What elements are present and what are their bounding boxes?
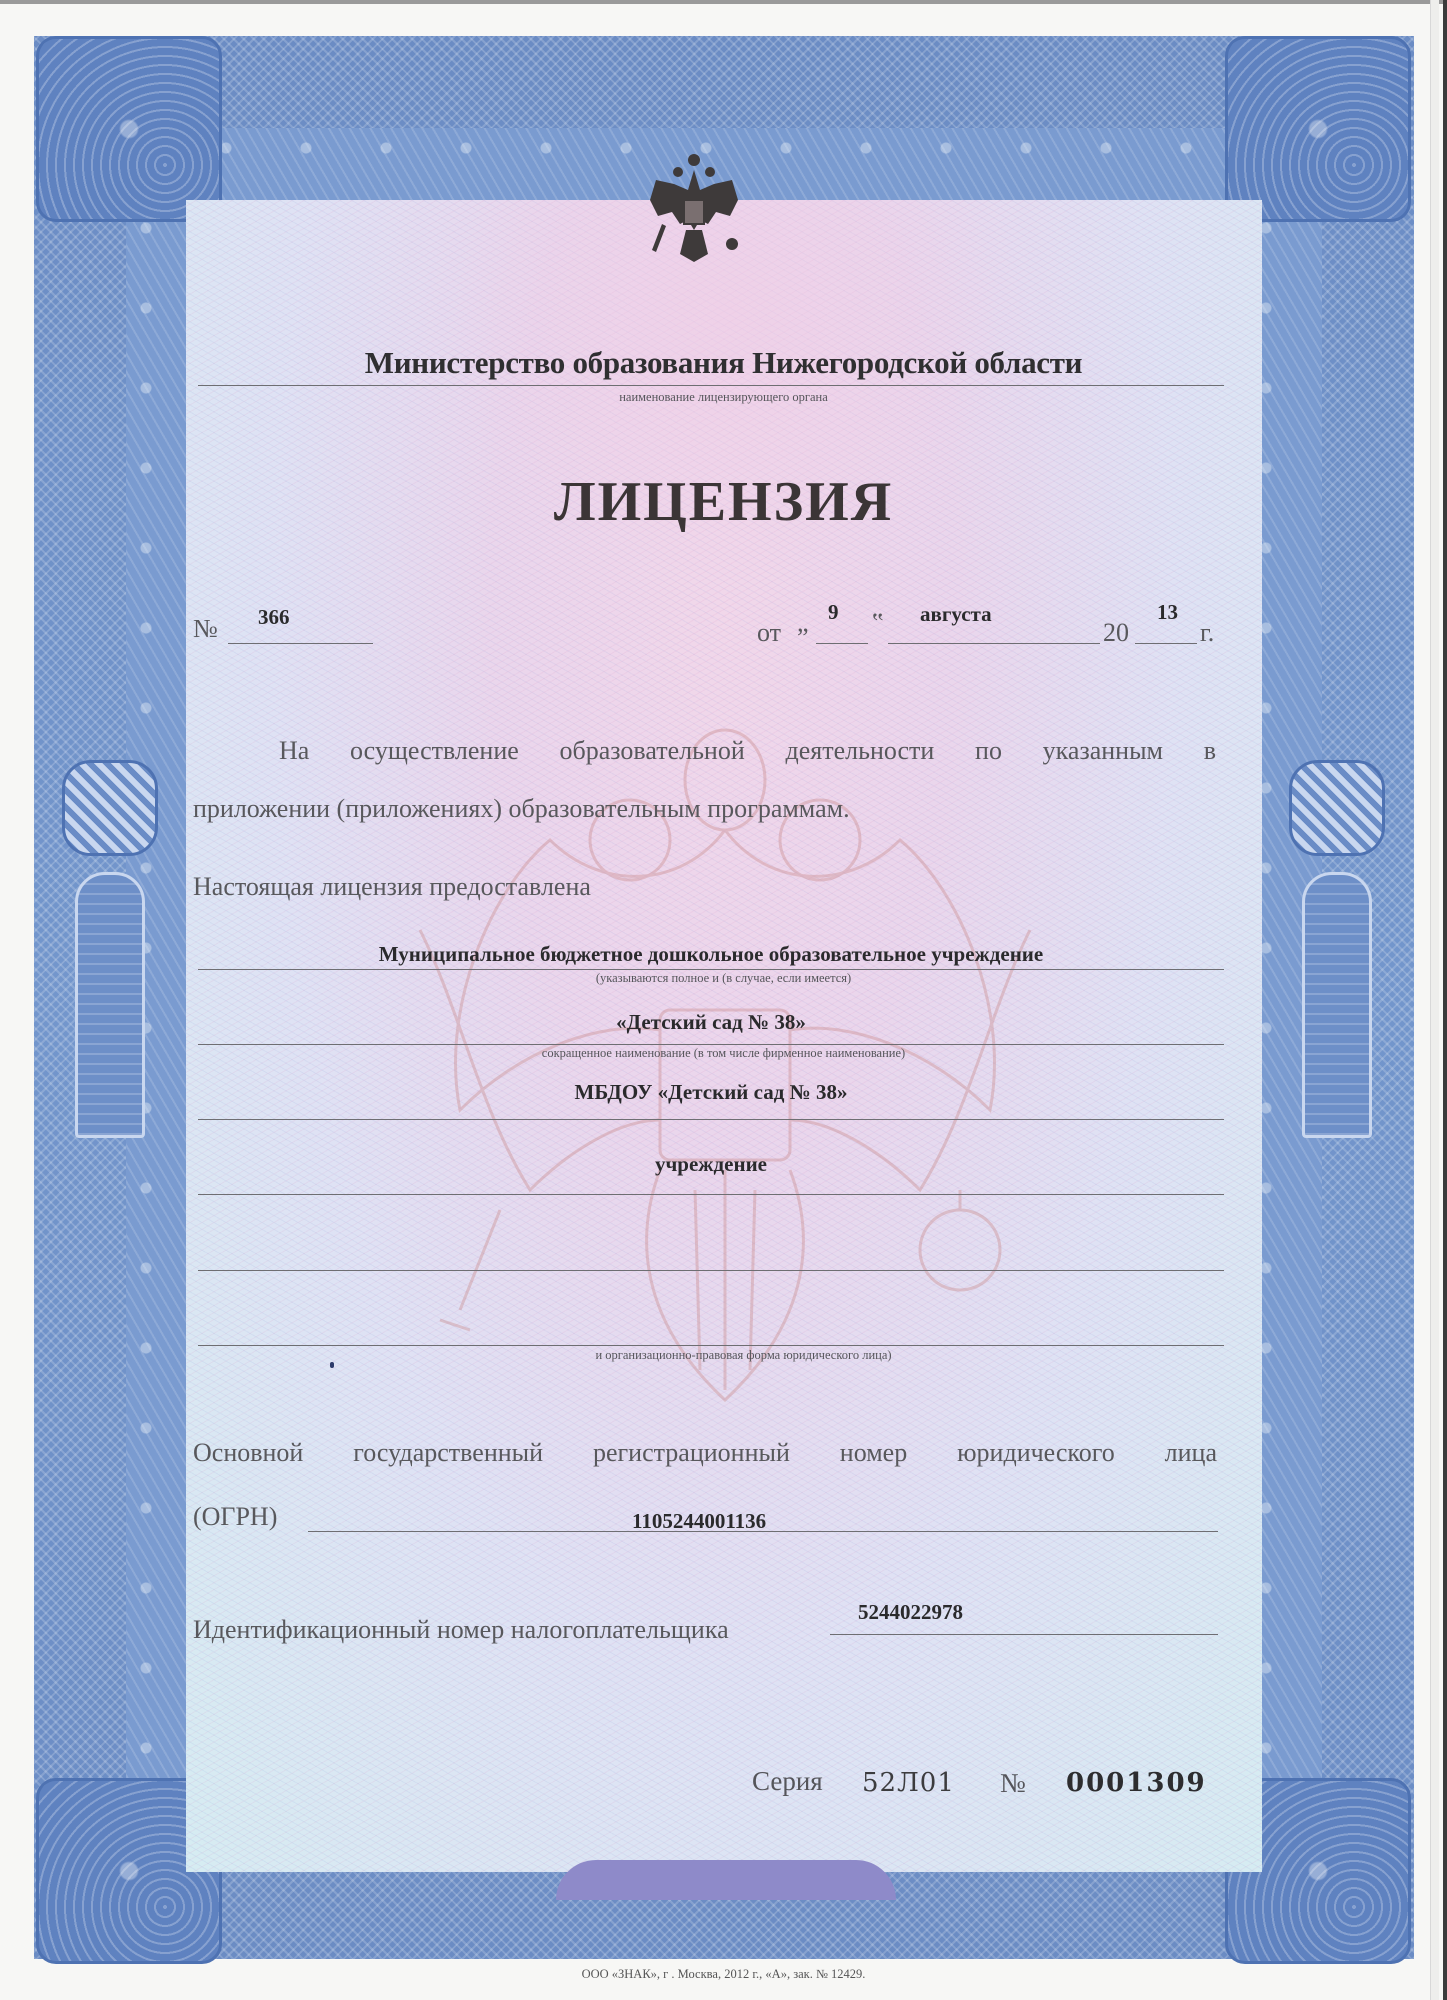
issuer-underline [198, 385, 1224, 386]
purpose-line-2: приложении (приложениях) образовательным… [193, 794, 850, 824]
document-title: ЛИЦЕНЗИЯ [300, 470, 1147, 534]
issuing-authority: Министерство образования Нижегородской о… [250, 345, 1197, 381]
date-prefix: от [757, 618, 781, 648]
month-underline [888, 643, 1100, 644]
ogrn-label: Основной государственный регистрационный… [193, 1438, 1217, 1468]
date-day: 9 [828, 600, 839, 625]
year-suffix: 13 [1157, 600, 1178, 625]
licensee-full-name: Муниципальное бюджетное дошкольное образ… [198, 942, 1224, 967]
number-label: № [193, 614, 218, 644]
series-label: Серия [752, 1766, 823, 1797]
name-cont-underline [198, 1044, 1224, 1045]
blank-number-value: 0001309 [1066, 1768, 1207, 1798]
day-underline [816, 643, 868, 644]
year-unit: г. [1200, 618, 1214, 648]
inn-underline [830, 1634, 1218, 1635]
printer-imprint: ООО «ЗНАК», г . Москва, 2012 г., «А», за… [400, 1967, 1047, 1982]
short-name-caption: сокращенное наименование (в том числе фи… [380, 1046, 1067, 1061]
blank-line [198, 1270, 1224, 1271]
date-quote-open: „ [797, 608, 809, 638]
ogrn-label-abbr: (ОГРН) [193, 1502, 277, 1532]
ogrn-value: 1105244001136 [632, 1509, 766, 1534]
russian-coat-of-arms-icon [644, 150, 744, 270]
inn-value: 5244022978 [858, 1600, 963, 1625]
legal-form-caption: и организационно-правовая форма юридичес… [420, 1348, 1067, 1363]
date-quote-close: ‟ [872, 608, 884, 638]
blank-number-label: № [1000, 1768, 1026, 1799]
year-prefix: 20 [1103, 618, 1129, 648]
full-name-caption: (указываются полное и (в случае, если им… [400, 971, 1047, 986]
blank-line [198, 1345, 1224, 1346]
full-name-underline [198, 969, 1224, 970]
issuer-caption: наименование лицензирующего органа [400, 390, 1047, 405]
inn-label: Идентификационный номер налогоплательщик… [193, 1615, 729, 1645]
date-month: августа [920, 602, 992, 627]
legal-form-underline [198, 1194, 1224, 1195]
license-document: Министерство образования Нижегородской о… [0, 0, 1447, 2000]
purpose-line-1: На осуществление образовательной деятель… [279, 736, 1216, 766]
short-name-underline [198, 1119, 1224, 1120]
licensee-legal-form: учреждение [198, 1152, 1224, 1177]
licensee-short-name: МБДОУ «Детский сад № 38» [198, 1080, 1224, 1105]
number-underline [228, 643, 373, 644]
license-number: 366 [258, 605, 290, 630]
year-underline [1135, 643, 1197, 644]
ink-speck [330, 1362, 334, 1368]
licensee-full-name-cont: «Детский сад № 38» [198, 1010, 1224, 1035]
granted-to-label: Настоящая лицензия предоставлена [193, 872, 591, 902]
series-value: 52Л01 [862, 1768, 955, 1798]
